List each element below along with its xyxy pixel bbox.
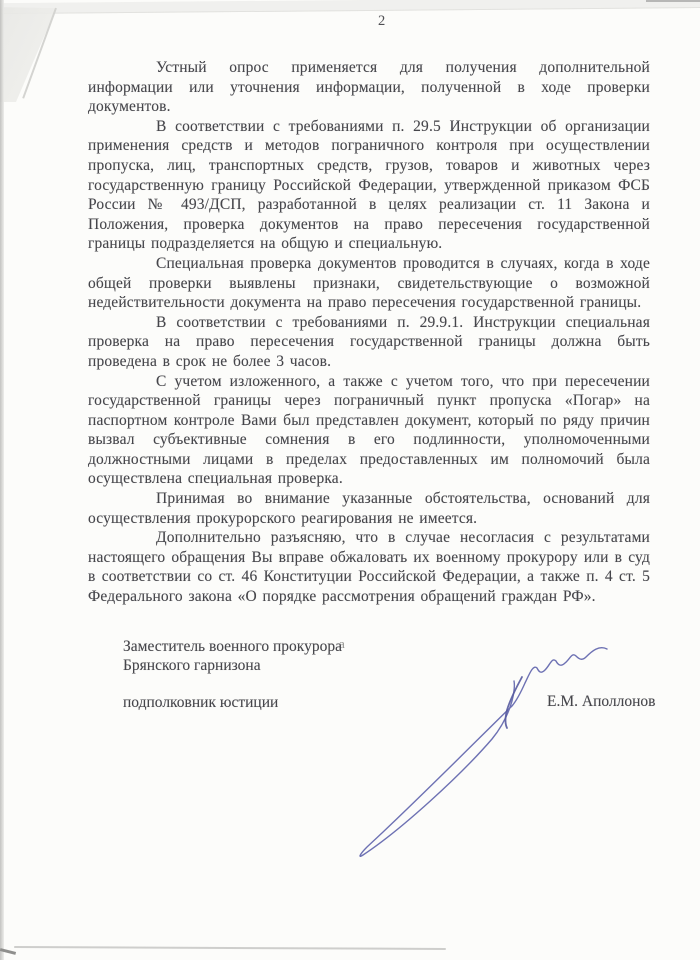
signature-position-line1: Заместитель военного прокурора [123,638,342,656]
scan-edge-top-right [646,0,700,2]
scanned-document-page: 2 Устный опрос применяется для получения… [0,0,700,960]
paragraph: В соответствии с требованиями п. 29.5 Ин… [88,117,650,254]
paragraph: В соответствии с требованиями п. 29.9.1.… [88,313,650,372]
signature-rank: подполковник юстиции [123,694,278,712]
paragraph: Принимая во внимание указанные обстоятел… [88,489,650,528]
document-body: Устный опрос применяется для получения д… [88,58,650,607]
paragraph: Специальная проверка документов проводит… [88,254,650,313]
paragraph: С учетом изложенного, а также с учетом т… [88,372,650,490]
signature-position-line2: Брянского гарнизона [123,657,261,675]
scan-fold-artifact [0,0,64,102]
scan-edge-bottom [14,946,446,950]
page-number: 2 [378,13,385,30]
paragraph: Дополнительно разъясняю, что в случае не… [88,528,650,606]
handwritten-signature [340,638,660,878]
scan-edge-top [0,0,700,14]
scan-edge-left [0,0,4,960]
paragraph: Устный опрос применяется для получения д… [88,58,650,117]
